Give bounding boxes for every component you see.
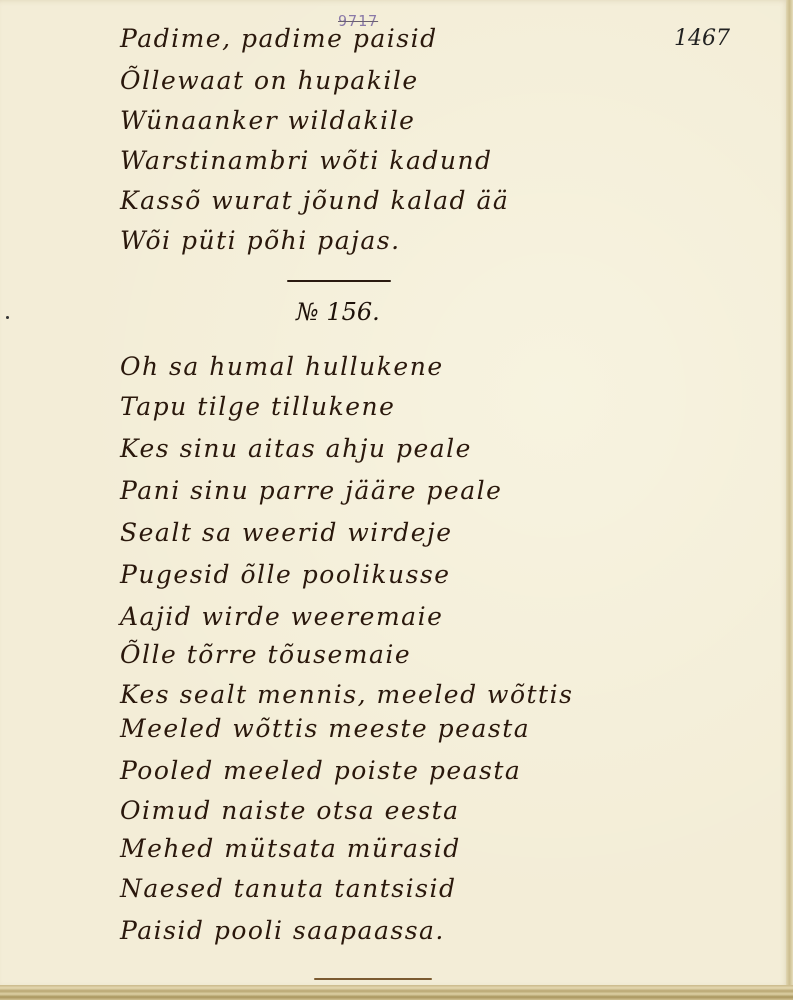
verse-line: Kes sealt mennis, meeled wõttis (120, 680, 573, 709)
verse-line: Tapu tilge tillukene (120, 392, 395, 421)
verse-line: Oimud naiste otsa eesta (120, 796, 460, 825)
page-number: 1467 (674, 26, 730, 51)
end-divider (314, 978, 432, 980)
verse-line: Aajid wirde weeremaie (120, 602, 443, 631)
page-edge-bottom (0, 985, 793, 1000)
song-number: № 156. (296, 298, 380, 326)
ink-spot (6, 316, 9, 319)
verse-line: Pani sinu parre jääre peale (120, 476, 502, 505)
manuscript-page: 9717 1467 Padime, padime paisid Õllewaat… (0, 0, 793, 988)
verse-line: Kassõ wurat jõund kalad ää (120, 186, 509, 215)
verse-line: Padime, padime paisid (120, 24, 438, 53)
verse-line: Naesed tanuta tantsisid (120, 874, 456, 903)
verse-line: Mehed mütsata mürasid (120, 834, 461, 863)
verse-line: Wünaanker wildakile (120, 106, 415, 135)
verse-line: Paisid pooli saapaassa. (120, 916, 445, 945)
verse-line: Õllewaat on hupakile (120, 66, 419, 95)
verse-line: Pooled meeled poiste peasta (120, 756, 521, 785)
verse-line: Meeled wõttis meeste peasta (120, 714, 530, 743)
verse-line: Wõi püti põhi pajas. (120, 226, 401, 255)
verse-line: Pugesid õlle poolikusse (120, 560, 451, 589)
verse-line: Warstinambri wõti kadund (120, 146, 493, 175)
verse-line: Õlle tõrre tõusemaie (120, 640, 411, 669)
verse-line: Oh sa humal hullukene (120, 352, 444, 381)
verse-line: Sealt sa weerid wirdeje (120, 518, 453, 547)
section-divider (287, 280, 391, 282)
page-edge-right (786, 0, 793, 1000)
verse-line: Kes sinu aitas ahju peale (120, 434, 472, 463)
